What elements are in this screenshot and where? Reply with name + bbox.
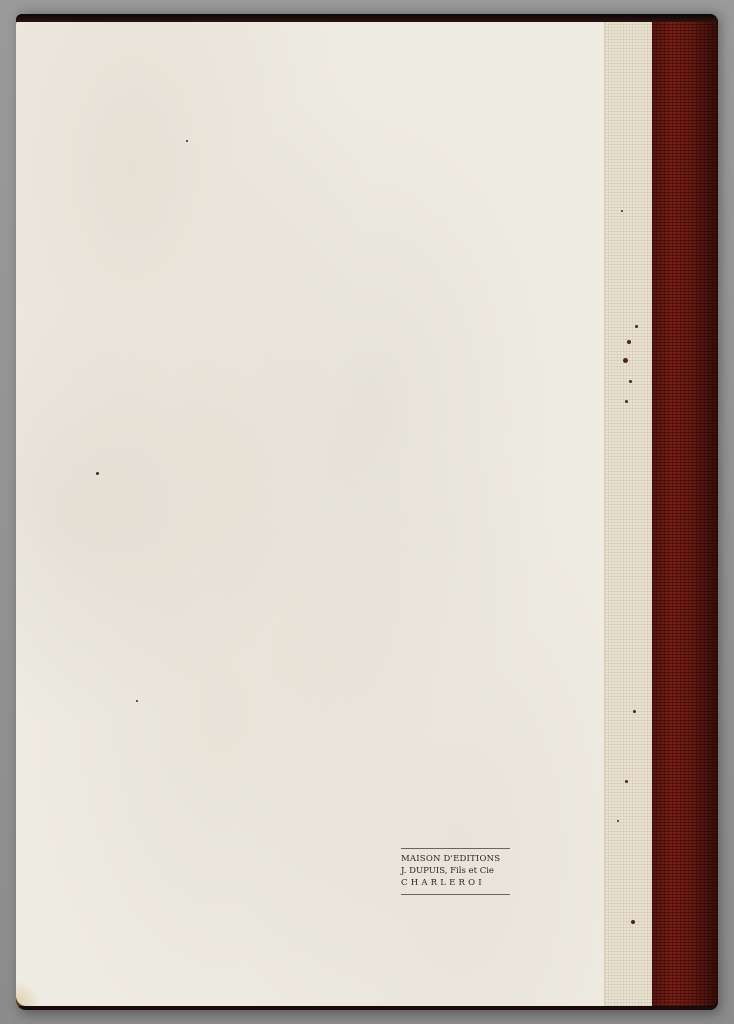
foxing-spot <box>617 820 619 822</box>
foxing-spot <box>633 710 636 713</box>
publisher-imprint: MAISON D'EDITIONS J. DUPUIS, Fils et Cie… <box>401 848 511 895</box>
foxing-spot <box>631 920 635 924</box>
imprint-top-rule <box>401 848 510 849</box>
imprint-bottom-rule <box>401 894 510 895</box>
foxing-spot <box>635 325 638 328</box>
foxing-spot <box>621 210 623 212</box>
imprint-publisher-house: MAISON D'EDITIONS <box>401 853 511 865</box>
foxing-spot <box>625 780 628 783</box>
red-cloth-spine <box>652 20 718 1006</box>
paper-speck <box>136 700 138 702</box>
foxing-spot <box>629 380 632 383</box>
paper-speck <box>186 140 188 142</box>
foxing-spot <box>623 358 628 363</box>
book-top-edge <box>16 14 718 22</box>
paper-speck <box>96 472 99 475</box>
foxing-spot <box>627 340 631 344</box>
cloth-binding-strip <box>604 20 653 1006</box>
scan-background: MAISON D'EDITIONS J. DUPUIS, Fils et Cie… <box>0 0 734 1024</box>
imprint-publisher-name: J. DUPUIS, Fils et Cie <box>401 865 511 877</box>
cover-paper-panel <box>16 20 606 1006</box>
book-back-cover <box>16 14 718 1010</box>
imprint-city: CHARLEROI <box>401 877 511 889</box>
foxing-spot <box>625 400 628 403</box>
